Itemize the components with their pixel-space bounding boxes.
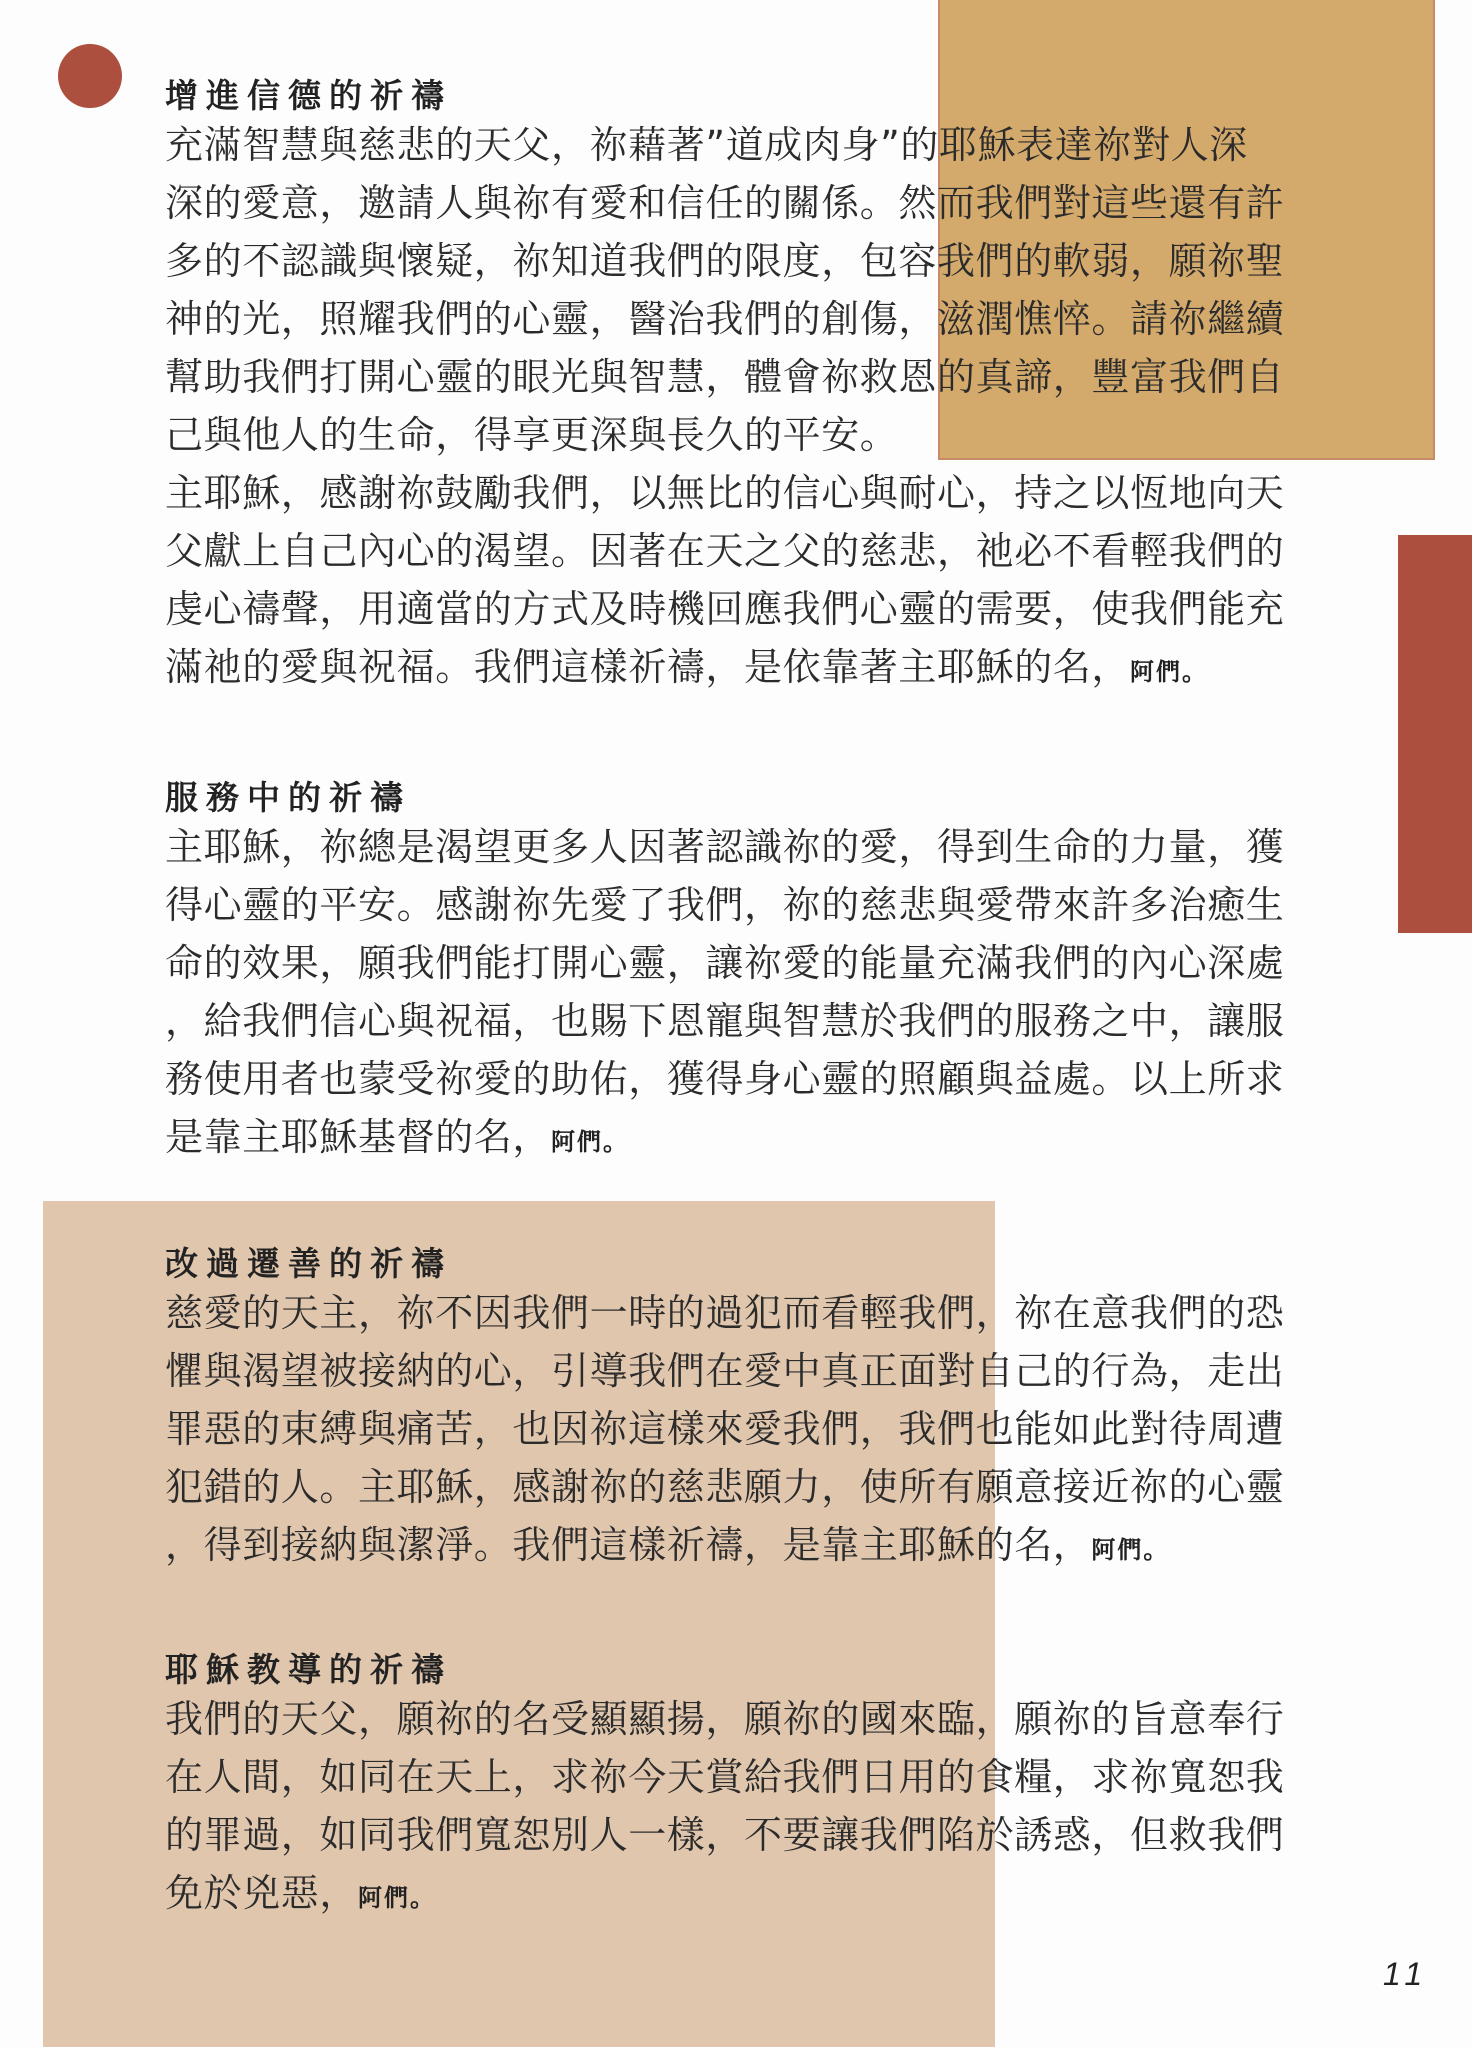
text-line: 犯錯的人。主耶穌，感謝祢的慈悲願力，使所有願意接近祢的心靈	[165, 1458, 1290, 1516]
text-line: 幫助我們打開心靈的眼光與智慧，體會祢救恩的真諦，豐富我們自	[165, 348, 1290, 406]
text-line: 多的不認識與懷疑，祢知道我們的限度，包容我們的軟弱，願祢聖	[165, 232, 1290, 290]
prayer-section-lords-prayer: 耶穌教導的祈禱 我們的天父，願祢的名受顯顯揚，願祢的國來臨，願祢的旨意奉行 在人…	[165, 1650, 1290, 1922]
text-line-final: 是靠主耶穌基督的名，阿們。	[165, 1108, 1290, 1166]
amen-text: 阿們。	[1130, 658, 1208, 686]
text-line: 充滿智慧與慈悲的天父，祢藉著”道成肉身”的耶穌表達祢對人深	[165, 116, 1290, 174]
section-title: 耶穌教導的祈禱	[165, 1650, 1290, 1690]
page-number: 11	[1383, 1956, 1428, 1993]
text-line: 在人間，如同在天上，求祢今天賞給我們日用的食糧，求祢寬恕我	[165, 1748, 1290, 1806]
section-title: 增進信德的祈禱	[165, 76, 1290, 116]
amen-text: 阿們。	[551, 1128, 629, 1156]
text-line: 己與他人的生命，得享更深與長久的平安。	[165, 406, 1290, 464]
text-line: ，給我們信心與祝福，也賜下恩寵與智慧於我們的服務之中，讓服	[165, 992, 1290, 1050]
text-line-content: 免於兇惡，	[165, 1871, 358, 1915]
text-line-final: 滿祂的愛與祝福。我們這樣祈禱，是依靠著主耶穌的名，阿們。	[165, 638, 1290, 696]
text-line: 虔心禱聲，用適當的方式及時機回應我們心靈的需要，使我們能充	[165, 580, 1290, 638]
text-line: 主耶穌，感謝祢鼓勵我們，以無比的信心與耐心，持之以恆地向天	[165, 464, 1290, 522]
prayer-section-faith: 增進信德的祈禱 充滿智慧與慈悲的天父，祢藉著”道成肉身”的耶穌表達祢對人深 深的…	[165, 76, 1290, 696]
text-line: 我們的天父，願祢的名受顯顯揚，願祢的國來臨，願祢的旨意奉行	[165, 1690, 1290, 1748]
red-circle-icon	[58, 44, 122, 108]
text-line: 主耶穌，祢總是渴望更多人因著認識祢的愛，得到生命的力量，獲	[165, 818, 1290, 876]
text-line-content: 是靠主耶穌基督的名，	[165, 1115, 551, 1159]
prayer-section-repentance: 改過遷善的祈禱 慈愛的天主，祢不因我們一時的過犯而看輕我們，祢在意我們的恐 懼與…	[165, 1244, 1290, 1574]
text-line-content: 滿祂的愛與祝福。我們這樣祈禱，是依靠著主耶穌的名，	[165, 645, 1130, 689]
text-line: 神的光，照耀我們的心靈，醫治我們的創傷，滋潤憔悴。請祢繼續	[165, 290, 1290, 348]
section-title: 服務中的祈禱	[165, 778, 1290, 818]
decorative-red-bar	[1398, 535, 1472, 933]
text-line: 務使用者也蒙受祢愛的助佑，獲得身心靈的照顧與益處。以上所求	[165, 1050, 1290, 1108]
amen-text: 阿們。	[358, 1884, 436, 1912]
text-line: 懼與渴望被接納的心，引導我們在愛中真正面對自己的行為，走出	[165, 1342, 1290, 1400]
text-line: 父獻上自己內心的渴望。因著在天之父的慈悲，祂必不看輕我們的	[165, 522, 1290, 580]
text-line: 命的效果，願我們能打開心靈，讓祢愛的能量充滿我們的內心深處	[165, 934, 1290, 992]
text-line: 的罪過，如同我們寬恕別人一樣，不要讓我們陷於誘惑，但救我們	[165, 1806, 1290, 1864]
prayer-section-service: 服務中的祈禱 主耶穌，祢總是渴望更多人因著認識祢的愛，得到生命的力量，獲 得心靈…	[165, 778, 1290, 1166]
text-line: 慈愛的天主，祢不因我們一時的過犯而看輕我們，祢在意我們的恐	[165, 1284, 1290, 1342]
text-line-final: 免於兇惡，阿們。	[165, 1864, 1290, 1922]
text-line: 深的愛意，邀請人與祢有愛和信任的關係。然而我們對這些還有許	[165, 174, 1290, 232]
section-title: 改過遷善的祈禱	[165, 1244, 1290, 1284]
text-line: 罪惡的束縛與痛苦，也因祢這樣來愛我們，我們也能如此對待周遭	[165, 1400, 1290, 1458]
amen-text: 阿們。	[1091, 1536, 1169, 1564]
text-line-content: ，得到接納與潔淨。我們這樣祈禱，是靠主耶穌的名，	[165, 1523, 1091, 1567]
text-line-final: ，得到接納與潔淨。我們這樣祈禱，是靠主耶穌的名，阿們。	[165, 1516, 1290, 1574]
text-line: 得心靈的平安。感謝祢先愛了我們，祢的慈悲與愛帶來許多治癒生	[165, 876, 1290, 934]
